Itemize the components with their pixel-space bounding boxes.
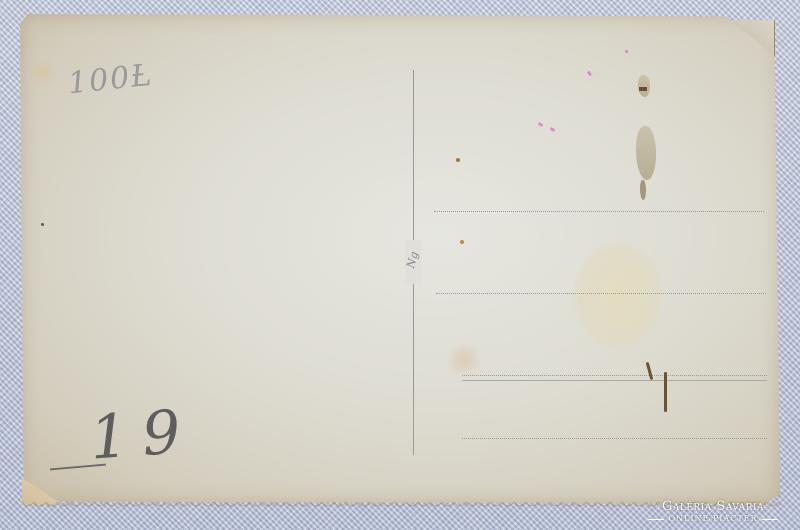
stain-top-left [28, 58, 58, 88]
stamp-glue-residue [636, 126, 656, 180]
speck [460, 240, 464, 244]
address-line [434, 211, 764, 212]
speck [456, 158, 460, 162]
address-line [462, 438, 767, 439]
stain-peach [446, 342, 482, 378]
address-line [436, 293, 766, 294]
watermark-title: Galéria Savaria [638, 499, 788, 514]
scratch-mark [664, 372, 667, 412]
pencil-number-note: 19 [88, 396, 197, 473]
watermark-subtitle: ONLINE PIACTÉR [668, 514, 757, 524]
watermark-logo: Galéria Savaria ONLINE PIACTÉR [638, 499, 788, 524]
watermark-subtitle-row: ONLINE PIACTÉR [638, 514, 788, 524]
stamp-glue-residue [640, 180, 646, 200]
stamp-glue-residue [638, 75, 650, 97]
dash-decoration [762, 519, 778, 520]
stain-yellow [572, 242, 664, 350]
address-line [462, 375, 767, 376]
speck [41, 223, 44, 226]
pink-speck [625, 50, 628, 53]
dash-decoration [648, 519, 664, 520]
